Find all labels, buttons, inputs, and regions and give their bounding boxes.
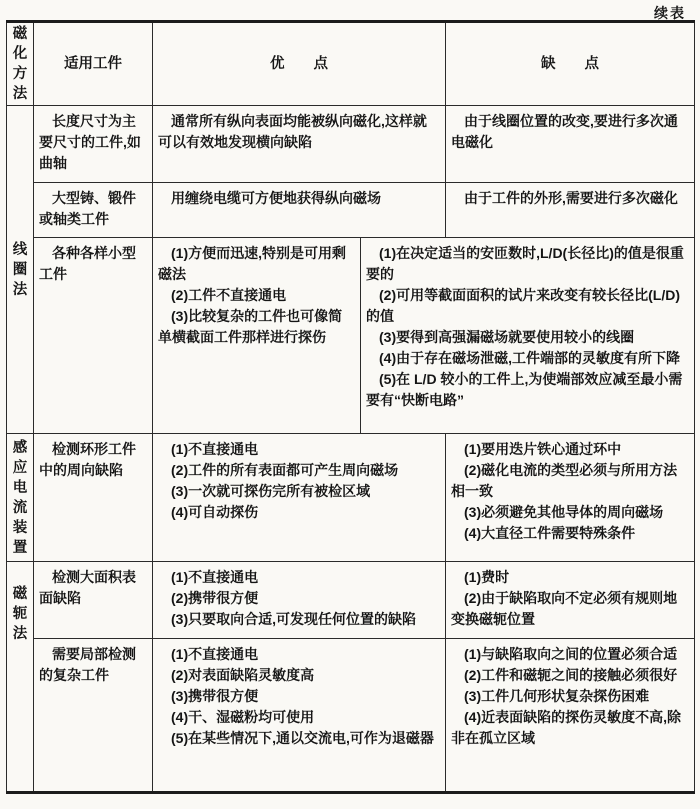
disadvantage-item: (1)在决定适当的安匝数时,L/D(长径比)的值是很重要的 (366, 243, 689, 285)
disadvantage-item: (2)磁化电流的类型必须与所用方法相一致 (451, 460, 689, 502)
advantages-cell: (1)不直接通电 (2)对表面缺陷灵敏度高 (3)携带很方便 (4)干、湿磁粉均… (153, 639, 446, 793)
advantage-item: (4)干、湿磁粉均可使用 (158, 707, 440, 728)
disadvantage-item: (4)由于存在磁场泄磁,工件端部的灵敏度有所下降 (366, 348, 689, 369)
method-induced-current-label: 感 应 电 流 装 置 (7, 438, 33, 558)
workpiece-cell: 大型铸、锻件或轴类工件 (34, 183, 153, 238)
table-row: 需要局部检测的复杂工件 (1)不直接通电 (2)对表面缺陷灵敏度高 (3)携带很… (7, 639, 695, 793)
advantage-item: (3)携带很方便 (158, 686, 440, 707)
header-method: 磁 化 方 法 (7, 22, 34, 106)
disadvantage-item: (2)由于缺陷取向不定必须有规则地变换磁轭位置 (451, 588, 689, 630)
advantages-cell: (1)方便而迅速,特别是可用剩磁法 (2)工件不直接通电 (3)比较复杂的工件也… (153, 238, 361, 434)
continued-table-label: 续表 (0, 0, 700, 20)
advantage-item: (4)可自动探伤 (158, 502, 440, 523)
disadvantage-item: 由于线圈位置的改变,要进行多次通电磁化 (451, 111, 689, 153)
workpiece-text: 检测大面积表面缺陷 (39, 567, 147, 609)
magnetization-methods-table: 磁 化 方 法 适用工件 优 点 缺 点 线 圈 法 长度尺寸为主要尺寸的工件,… (6, 20, 695, 794)
header-workpiece: 适用工件 (34, 22, 153, 106)
workpiece-text: 大型铸、锻件或轴类工件 (39, 188, 147, 230)
header-advantages: 优 点 (153, 22, 446, 106)
advantage-item: (2)工件不直接通电 (158, 285, 355, 306)
advantages-cell: 用缠绕电缆可方便地获得纵向磁场 (153, 183, 446, 238)
advantage-item: (1)不直接通电 (158, 644, 440, 665)
method-group-coil: 线 圈 法 (7, 106, 34, 434)
disadvantages-cell: (1)费时 (2)由于缺陷取向不定必须有规则地变换磁轭位置 (446, 562, 695, 639)
workpiece-text: 检测环形工件中的周向缺陷 (39, 439, 147, 481)
method-group-yoke: 磁 轭 法 (7, 562, 34, 793)
workpiece-text: 长度尺寸为主要尺寸的工件,如曲轴 (39, 111, 147, 174)
header-method-label: 磁 化 方 法 (7, 24, 33, 104)
workpiece-cell: 各种各样小型工件 (34, 238, 153, 434)
advantage-item: (3)比较复杂的工件也可像简单横截面工件那样进行探伤 (158, 306, 355, 348)
disadvantage-item: (3)要得到高强漏磁场就要使用较小的线圈 (366, 327, 689, 348)
advantages-cell: (1)不直接通电 (2)携带很方便 (3)只要取向合适,可发现任何位置的缺陷 (153, 562, 446, 639)
advantage-item: (2)对表面缺陷灵敏度高 (158, 665, 440, 686)
workpiece-text: 各种各样小型工件 (39, 243, 147, 285)
advantage-item: (1)不直接通电 (158, 439, 440, 460)
disadvantage-item: (4)近表面缺陷的探伤灵敏度不高,除非在孤立区域 (451, 707, 689, 749)
advantage-item: (1)不直接通电 (158, 567, 440, 588)
method-coil-label: 线 圈 法 (7, 240, 33, 300)
disadvantages-cell: 由于工件的外形,需要进行多次磁化 (446, 183, 695, 238)
advantage-item: (3)只要取向合适,可发现任何位置的缺陷 (158, 609, 440, 630)
advantages-cell: (1)不直接通电 (2)工件的所有表面都可产生周向磁场 (3)一次就可探伤完所有… (153, 434, 446, 562)
disadvantages-cell: 由于线圈位置的改变,要进行多次通电磁化 (446, 106, 695, 183)
disadvantage-item: (4)大直径工件需要特殊条件 (451, 523, 689, 544)
disadvantage-item: (1)与缺陷取向之间的位置必须合适 (451, 644, 689, 665)
header-row: 磁 化 方 法 适用工件 优 点 缺 点 (7, 22, 695, 106)
table-row: 线 圈 法 长度尺寸为主要尺寸的工件,如曲轴 通常所有纵向表面均能被纵向磁化,这… (7, 106, 695, 183)
disadvantage-item: (2)可用等截面面积的试片来改变有较长径比(L/D)的值 (366, 285, 689, 327)
advantages-cell: 通常所有纵向表面均能被纵向磁化,这样就可以有效地发现横向缺陷 (153, 106, 446, 183)
table-row: 磁 轭 法 检测大面积表面缺陷 (1)不直接通电 (2)携带很方便 (3)只要取… (7, 562, 695, 639)
disadvantages-cell: (1)与缺陷取向之间的位置必须合适 (2)工件和磁轭之间的接触必须很好 (3)工… (446, 639, 695, 793)
advantage-item: 用缠绕电缆可方便地获得纵向磁场 (158, 188, 440, 209)
disadvantage-item: (5)在 L/D 较小的工件上,为使端部效应减至最小需要有“快断电路” (366, 369, 689, 411)
disadvantage-item: (2)工件和磁轭之间的接触必须很好 (451, 665, 689, 686)
workpiece-cell: 长度尺寸为主要尺寸的工件,如曲轴 (34, 106, 153, 183)
disadvantages-cell: (1)要用迭片铁心通过环中 (2)磁化电流的类型必须与所用方法相一致 (3)必须… (446, 434, 695, 562)
advantage-item: 通常所有纵向表面均能被纵向磁化,这样就可以有效地发现横向缺陷 (158, 111, 440, 153)
header-disadvantages: 缺 点 (446, 22, 695, 106)
disadvantage-item: (1)费时 (451, 567, 689, 588)
workpiece-cell: 需要局部检测的复杂工件 (34, 639, 153, 793)
method-yoke-label: 磁 轭 法 (7, 584, 33, 644)
table-row: 大型铸、锻件或轴类工件 用缠绕电缆可方便地获得纵向磁场 由于工件的外形,需要进行… (7, 183, 695, 238)
disadvantages-cell: (1)在决定适当的安匝数时,L/D(长径比)的值是很重要的 (2)可用等截面面积… (361, 238, 695, 434)
workpiece-text: 需要局部检测的复杂工件 (39, 644, 147, 686)
advantage-item: (3)一次就可探伤完所有被检区域 (158, 481, 440, 502)
table-row: 感 应 电 流 装 置 检测环形工件中的周向缺陷 (1)不直接通电 (2)工件的… (7, 434, 695, 562)
workpiece-cell: 检测环形工件中的周向缺陷 (34, 434, 153, 562)
disadvantage-item: (3)工件几何形状复杂探伤困难 (451, 686, 689, 707)
advantage-item: (2)携带很方便 (158, 588, 440, 609)
method-group-induced-current: 感 应 电 流 装 置 (7, 434, 34, 562)
table-row: 各种各样小型工件 (1)方便而迅速,特别是可用剩磁法 (2)工件不直接通电 (3… (7, 238, 695, 434)
disadvantage-item: (1)要用迭片铁心通过环中 (451, 439, 689, 460)
workpiece-cell: 检测大面积表面缺陷 (34, 562, 153, 639)
disadvantage-item: 由于工件的外形,需要进行多次磁化 (451, 188, 689, 209)
advantage-item: (5)在某些情况下,通以交流电,可作为退磁器 (158, 728, 440, 749)
disadvantage-item: (3)必须避免其他导体的周向磁场 (451, 502, 689, 523)
advantage-item: (1)方便而迅速,特别是可用剩磁法 (158, 243, 355, 285)
advantage-item: (2)工件的所有表面都可产生周向磁场 (158, 460, 440, 481)
